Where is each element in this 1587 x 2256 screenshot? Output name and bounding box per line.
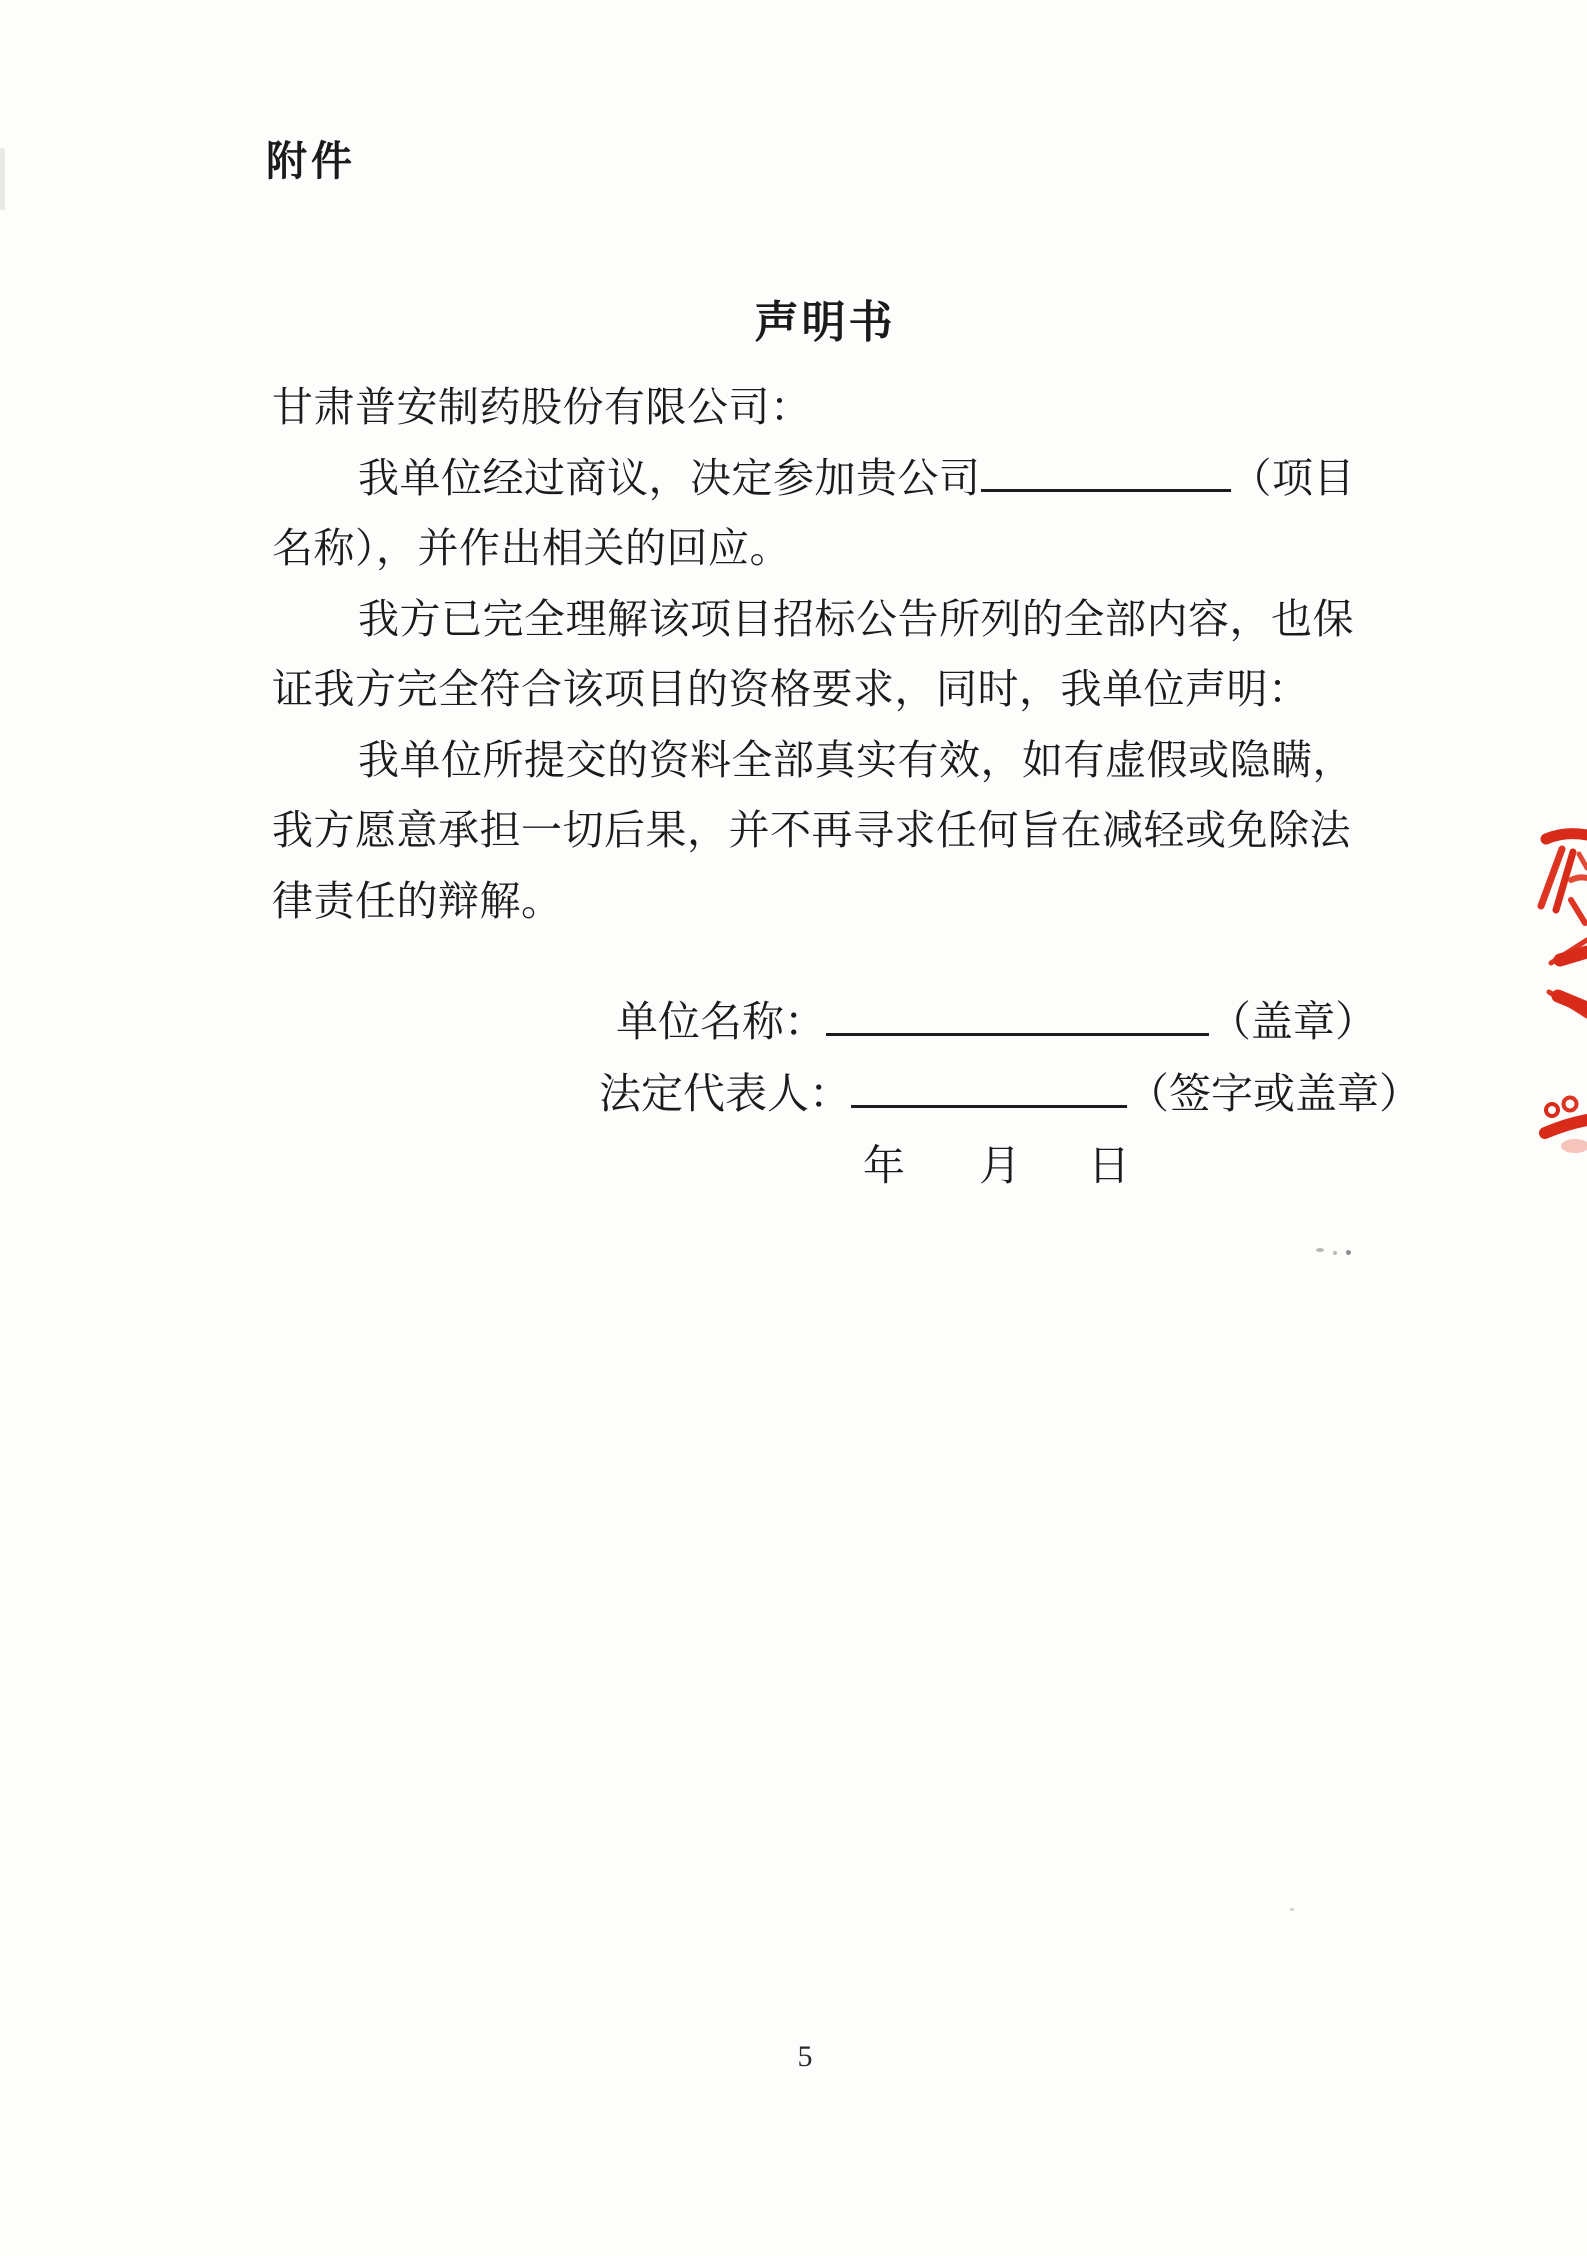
- legal-representative-line: 法定代表人：（签字或盖章）: [599, 1058, 1421, 1130]
- seal-note: （盖章）: [1209, 997, 1377, 1046]
- sign-or-seal-note: （签字或盖章）: [1127, 1069, 1421, 1118]
- body-line-6: 我方愿意承担一切后果，并不再寻求任何旨在减轻或免除法: [272, 795, 1382, 866]
- body-line-3: 我方已完全理解该项目招标公告所列的全部内容，也保: [272, 584, 1382, 655]
- document-body: 甘肃普安制药股份有限公司： 我单位经过商议，决定参加贵公司（项目 名称），并作出…: [272, 372, 1382, 936]
- date-month-label: 月: [979, 1141, 1021, 1190]
- body-line-5: 我单位所提交的资料全部真实有效，如有虚假或隐瞒，: [272, 725, 1382, 796]
- body-text: （项目: [1231, 454, 1356, 502]
- date-day-label: 日: [1088, 1141, 1130, 1190]
- scan-speck: [1290, 1908, 1294, 1911]
- company-name-line: 单位名称：（盖章）: [599, 986, 1421, 1058]
- legal-representative-label: 法定代表人：: [599, 1069, 851, 1118]
- scanned-document-page: 附件 声明书 甘肃普安制药股份有限公司： 我单位经过商议，决定参加贵公司（项目 …: [0, 0, 1587, 2256]
- date-line: 年月日: [599, 1130, 1421, 1202]
- red-stamp-fragment-middle: [1535, 928, 1587, 1028]
- body-line-2: 名称），并作出相关的回应。: [272, 513, 1382, 584]
- scan-speck: [1346, 1250, 1351, 1255]
- company-name-blank-line: [826, 996, 1209, 1036]
- body-text: 我单位经过商议，决定参加贵公司: [358, 454, 981, 502]
- salutation-line: 甘肃普安制药股份有限公司：: [272, 372, 1382, 443]
- attachment-label: 附件: [266, 128, 356, 187]
- project-name-blank-line: [981, 453, 1231, 492]
- page-number: 5: [0, 2040, 1587, 2074]
- red-stamp-fragment-bottom: [1535, 1082, 1587, 1160]
- body-line-7: 律责任的辩解。: [272, 866, 1382, 937]
- scan-speck: [1316, 1248, 1324, 1252]
- scan-speck: [1333, 1251, 1337, 1255]
- scan-edge-smudge: [0, 148, 5, 210]
- signature-block: 单位名称：（盖章） 法定代表人：（签字或盖章） 年月日: [599, 986, 1421, 1202]
- legal-representative-blank-line: [851, 1068, 1127, 1108]
- document-title: 声明书: [272, 286, 1378, 350]
- red-stamp-fragment-top: [1535, 818, 1587, 926]
- company-name-label: 单位名称：: [616, 997, 826, 1046]
- body-line-1: 我单位经过商议，决定参加贵公司（项目: [272, 443, 1382, 514]
- body-line-4: 证我方完全符合该项目的资格要求，同时，我单位声明：: [272, 654, 1382, 725]
- date-year-label: 年: [863, 1141, 905, 1190]
